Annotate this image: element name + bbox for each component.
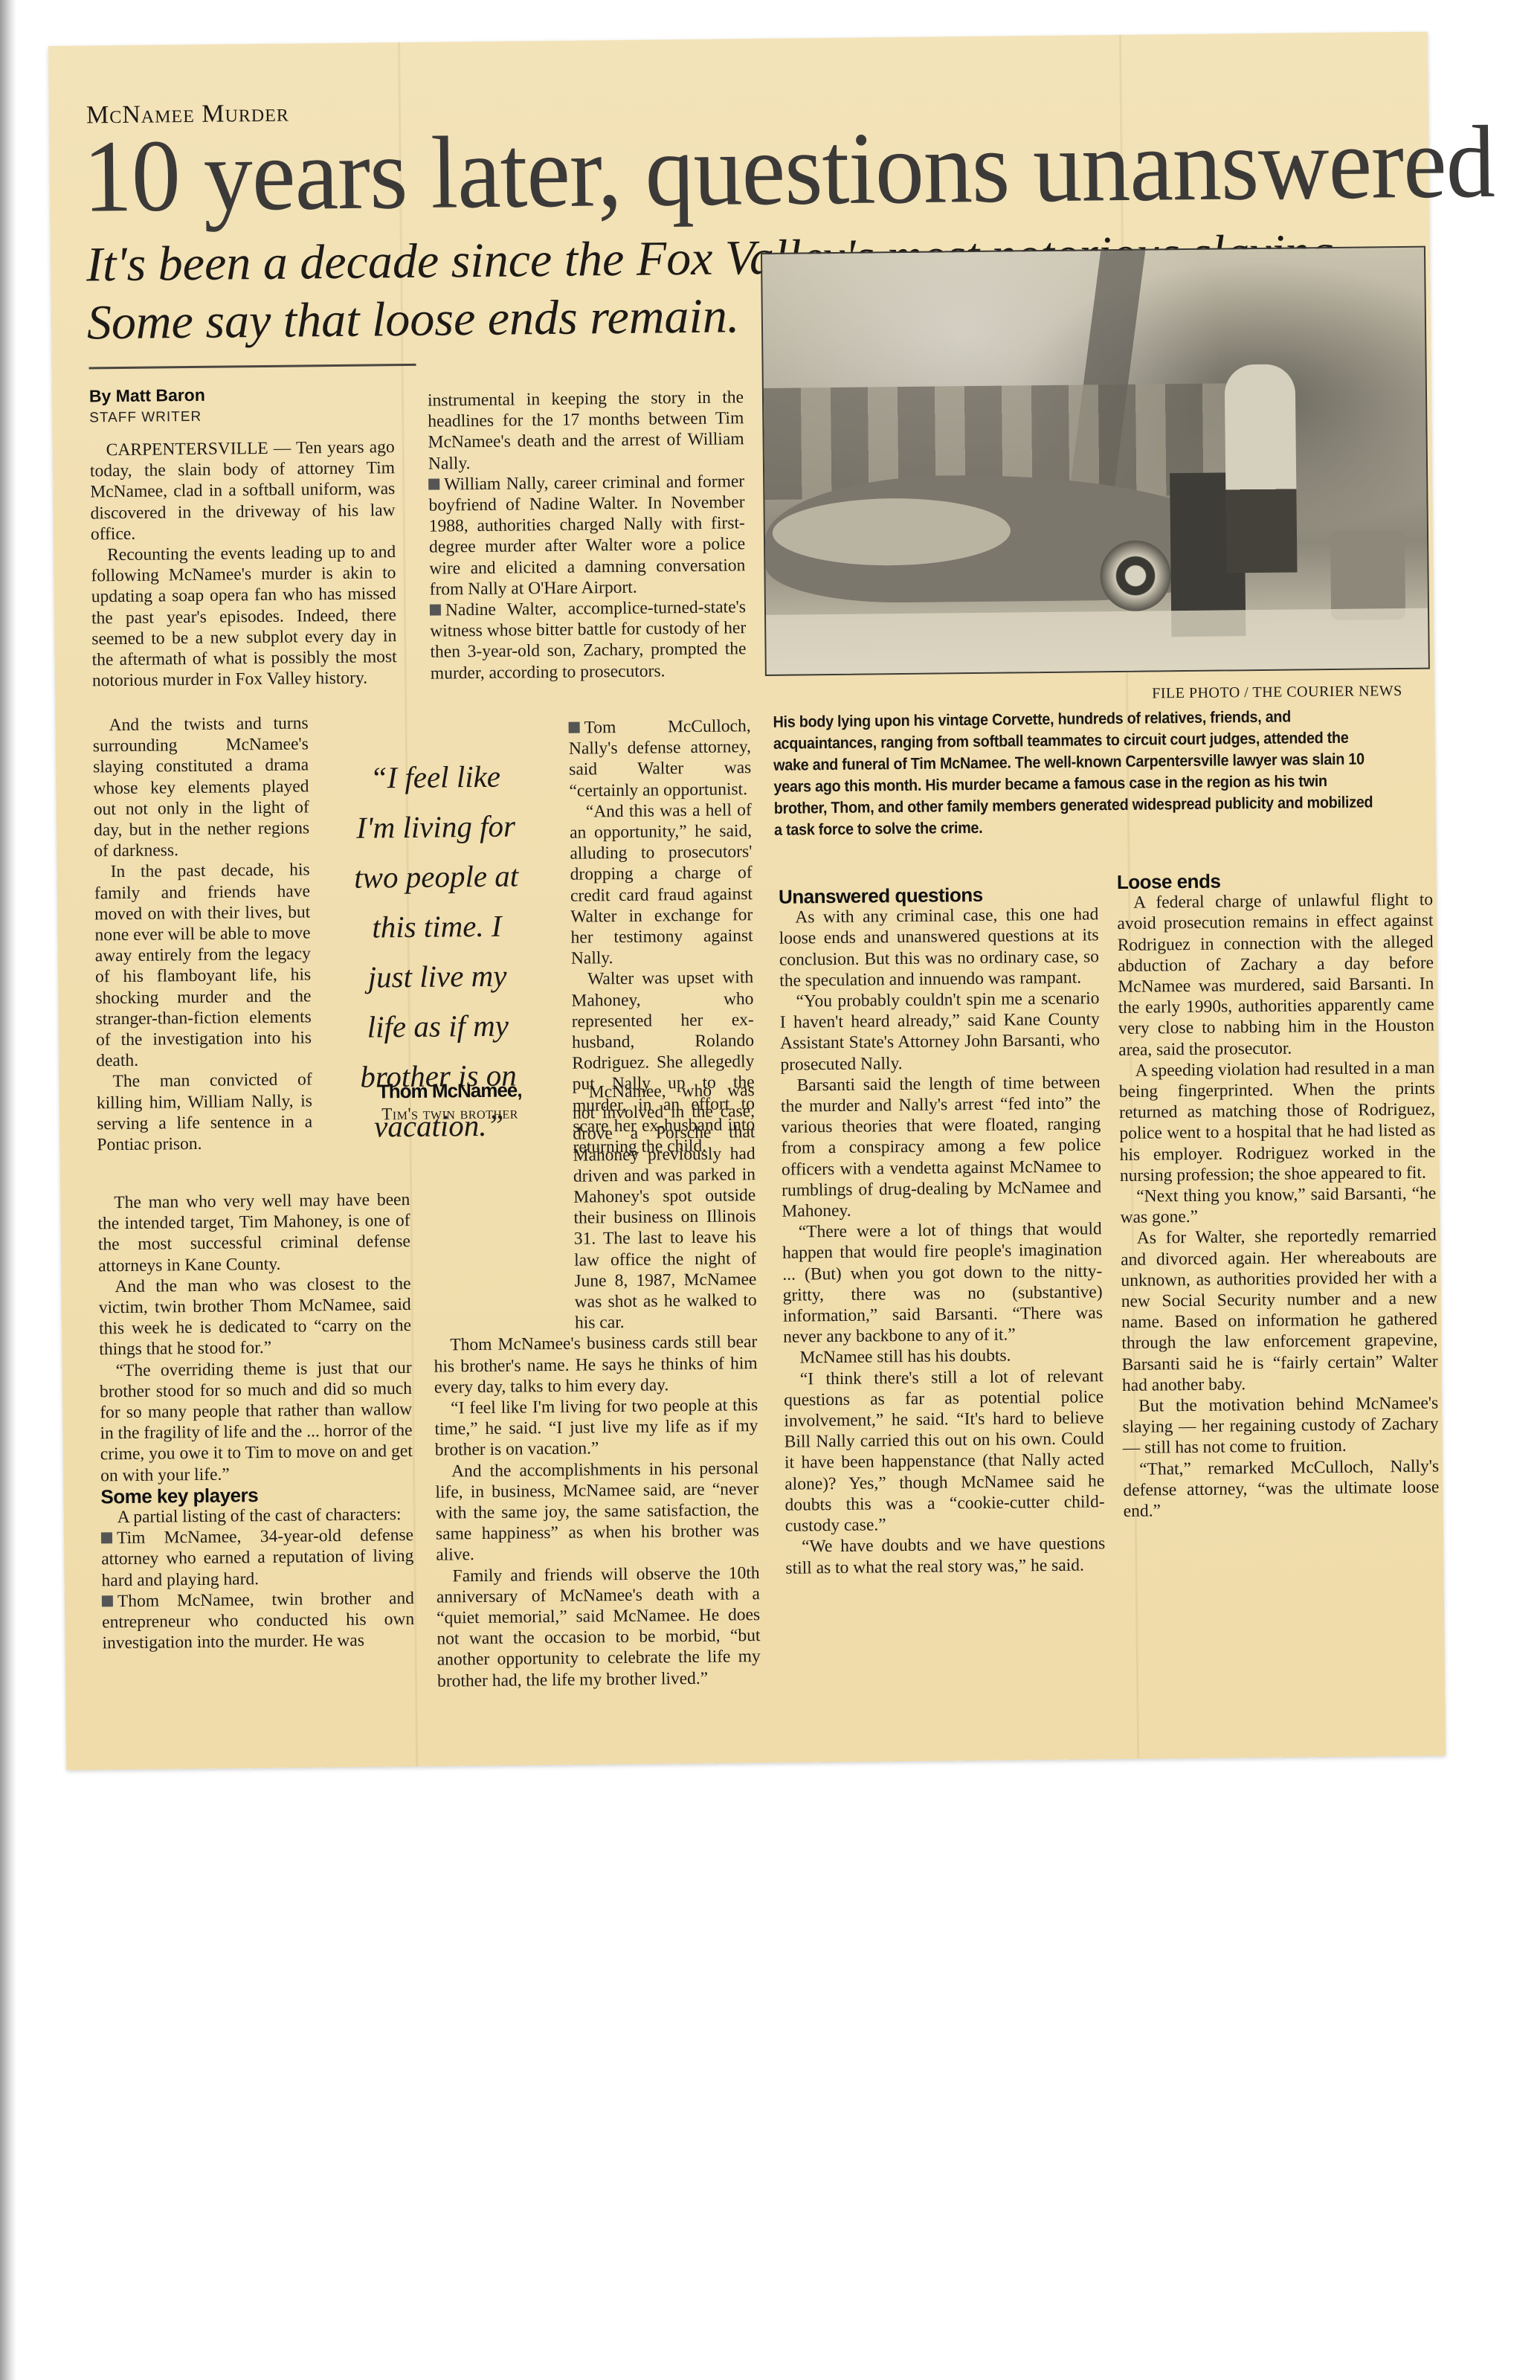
column-2-upper: instrumental in keeping the story in the… (428, 387, 747, 684)
pull-quote-attribution: Thom McNamee, (364, 1078, 535, 1103)
byline-role: STAFF WRITER (89, 409, 202, 427)
photo-ground (766, 608, 1428, 675)
paragraph: McNamee still has his doubts. (783, 1345, 1103, 1369)
paragraph: A partial listing of the cast of charact… (101, 1504, 413, 1528)
paragraph: And the man who was closest to the victi… (98, 1273, 411, 1360)
news-photo (761, 246, 1430, 676)
paragraph: “I think there's still a lot of relevant… (784, 1366, 1105, 1537)
photo-speaker (1225, 364, 1298, 573)
column-1-narrow: And the twists and turns surrounding McN… (92, 713, 312, 1155)
bullet-item: William Nally, career criminal and forme… (428, 471, 746, 600)
headline: 10 years later, questions unanswered (83, 110, 1495, 228)
scan-edge-shadow (0, 0, 16, 2380)
byline: By Matt Baron (89, 385, 205, 407)
paragraph: The man who very well may have been the … (97, 1189, 410, 1276)
paragraph: The man convicted of killing him, Willia… (96, 1070, 312, 1156)
deck-line-2: Some say that loose ends remain. (87, 292, 740, 347)
column-4: Loose ends A federal charge of unlawful … (1117, 869, 1440, 1522)
column-2-lower: McNamee, who was not involved in the cas… (431, 1080, 761, 1691)
paragraph: “That,” remarked McCulloch, Nally's defe… (1123, 1456, 1440, 1522)
subhead-loose-ends: Loose ends (1117, 869, 1433, 893)
paragraph: McNamee, who was not involved in the cas… (573, 1080, 758, 1334)
paragraph: “Next thing you know,” said Barsanti, “h… (1120, 1183, 1437, 1229)
paragraph: “We have doubts and we have questions st… (785, 1534, 1106, 1579)
bullet-item: Nadine Walter, accomplice-turned-state's… (430, 596, 747, 684)
paragraph: “There were a lot of things that would h… (782, 1219, 1104, 1348)
pull-quote-role: Tim's twin brother (357, 1103, 543, 1125)
subhead-unanswered-questions: Unanswered questions (779, 883, 1098, 907)
photo-credit: FILE PHOTO / THE COURIER NEWS (1152, 683, 1402, 703)
paragraph: “I feel like I'm living for two people a… (434, 1395, 758, 1461)
paragraph: Barsanti said the length of time between… (781, 1072, 1102, 1222)
paragraph: Thom McNamee's business cards still bear… (434, 1332, 758, 1398)
paragraph: In the past decade, his family and frien… (94, 860, 312, 1072)
paragraph: CARPENTERSVILLE — Ten years ago today, t… (90, 437, 396, 544)
newspaper-clipping: McNamee Murder 10 years later, questions… (48, 32, 1446, 1770)
paragraph: And the accomplishments in his personal … (435, 1458, 759, 1566)
paragraph: Recounting the events leading up to and … (91, 541, 397, 692)
bullet-item: Tom McCulloch, Nally's defense attorney,… (568, 715, 751, 801)
paragraph: As for Walter, she reportedly remarried … (1121, 1225, 1438, 1396)
paragraph: As with any criminal case, this one had … (779, 904, 1099, 991)
bullet-item: Thom McNamee, twin brother and entrepren… (102, 1588, 415, 1654)
photo-wheel (1100, 540, 1171, 611)
column-1-lower: The man who very well may have been the … (97, 1189, 414, 1654)
column-1: CARPENTERSVILLE — Ten years ago today, t… (90, 437, 398, 692)
paragraph: “The overriding theme is just that our b… (100, 1357, 413, 1487)
paragraph: And the twists and turns surrounding McN… (92, 713, 309, 861)
paragraph: A speeding violation had resulted in a m… (1118, 1057, 1436, 1186)
column-3: Unanswered questions As with any crimina… (779, 883, 1106, 1578)
bullet-item: Tim McNamee, 34-year-old defense attorne… (101, 1525, 414, 1591)
paragraph: instrumental in keeping the story in the… (428, 387, 744, 474)
paragraph: “And this was a hell of an opportunity,”… (570, 800, 753, 969)
paragraph: “You probably couldn't spin me a scenari… (779, 988, 1100, 1075)
paragraph: But the motivation behind McNamee's slay… (1122, 1393, 1439, 1459)
paragraph: A federal charge of unlawful flight to a… (1117, 890, 1434, 1061)
subhead-key-players: Some key players (100, 1483, 413, 1508)
photo-caption: His body lying upon his vintage Corvette… (773, 705, 1376, 840)
paragraph: Family and friends will observe the 10th… (436, 1563, 761, 1692)
photo-flower-basket (1330, 530, 1405, 620)
deck-rule (89, 364, 416, 370)
